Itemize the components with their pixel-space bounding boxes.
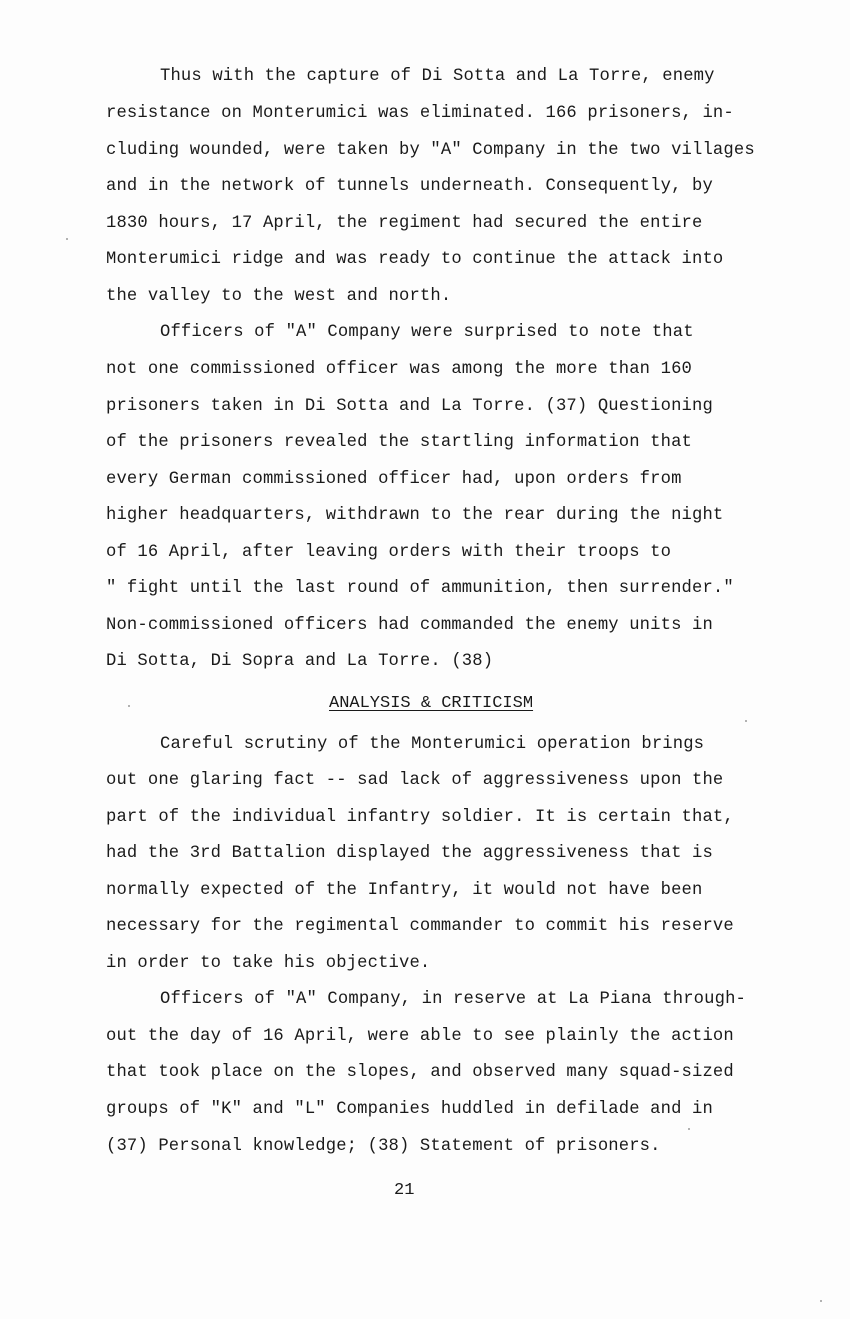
paragraph-1-line-4: and in the network of tunnels underneath… — [106, 177, 713, 197]
document-page: Thus with the capture of Di Sotta and La… — [0, 0, 850, 1319]
scan-speck — [820, 1300, 822, 1302]
scan-speck — [688, 1128, 690, 1130]
scan-speck — [128, 705, 130, 707]
paragraph-2-line-1: Officers of "A" Company were surprised t… — [160, 323, 694, 343]
paragraph-3-line-4: had the 3rd Battalion displayed the aggr… — [106, 844, 713, 864]
paragraph-2-line-4: of the prisoners revealed the startling … — [106, 433, 692, 453]
paragraph-3-line-2: out one glaring fact -- sad lack of aggr… — [106, 771, 723, 791]
paragraph-2-line-5: every German commissioned officer had, u… — [106, 470, 682, 490]
footnotes: (37) Personal knowledge; (38) Statement … — [106, 1137, 661, 1157]
paragraph-3-line-6: necessary for the regimental commander t… — [106, 917, 734, 937]
paragraph-3-line-3: part of the individual infantry soldier.… — [106, 808, 734, 828]
paragraph-2-line-6: higher headquarters, withdrawn to the re… — [106, 506, 723, 526]
paragraph-3-line-5: normally expected of the Infantry, it wo… — [106, 881, 702, 901]
paragraph-4-line-2: out the day of 16 April, were able to se… — [106, 1027, 734, 1047]
paragraph-1-line-6: Monterumici ridge and was ready to conti… — [106, 250, 723, 270]
paragraph-1-line-2: resistance on Monterumici was eliminated… — [106, 104, 734, 124]
paragraph-2-line-2: not one commissioned officer was among t… — [106, 360, 692, 380]
paragraph-3-line-7: in order to take his objective. — [106, 954, 430, 974]
paragraph-2-line-7: of 16 April, after leaving orders with t… — [106, 543, 671, 563]
paragraph-2-line-8: " fight until the last round of ammuniti… — [106, 579, 734, 599]
section-heading: ANALYSIS & CRITICISM — [329, 694, 533, 714]
scan-speck — [745, 720, 747, 722]
page-number: 21 — [394, 1181, 414, 1201]
paragraph-2-line-9: Non-commissioned officers had commanded … — [106, 616, 713, 636]
paragraph-4-line-3: that took place on the slopes, and obser… — [106, 1063, 734, 1083]
paragraph-1-line-5: 1830 hours, 17 April, the regiment had s… — [106, 214, 702, 234]
paragraph-4-line-4: groups of "K" and "L" Companies huddled … — [106, 1100, 713, 1120]
paragraph-1-line-7: the valley to the west and north. — [106, 287, 451, 307]
paragraph-2-line-10: Di Sotta, Di Sopra and La Torre. (38) — [106, 652, 493, 672]
paragraph-4-line-1: Officers of "A" Company, in reserve at L… — [160, 990, 746, 1010]
paragraph-1-line-3: cluding wounded, were taken by "A" Compa… — [106, 141, 755, 161]
paragraph-2-line-3: prisoners taken in Di Sotta and La Torre… — [106, 397, 713, 417]
paragraph-1-line-1: Thus with the capture of Di Sotta and La… — [160, 67, 715, 87]
paragraph-3-line-1: Careful scrutiny of the Monterumici oper… — [160, 735, 704, 755]
scan-speck — [66, 238, 68, 240]
